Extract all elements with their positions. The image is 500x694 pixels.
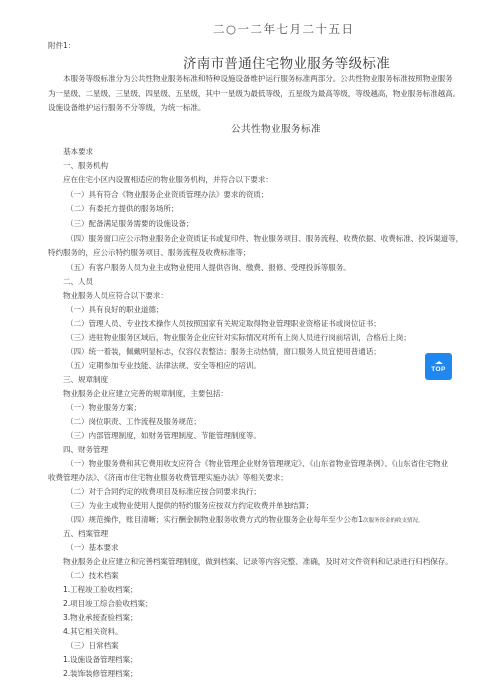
back-to-top-label: TOP bbox=[431, 366, 445, 373]
list-item: 4.其它相关资料。 bbox=[63, 627, 123, 637]
section-heading: 二、人员 bbox=[63, 277, 93, 287]
section-lead: 物业服务企业应建立完善的规章制度，主要包括： bbox=[63, 389, 228, 399]
list-item: （二）管理人员、专业技术操作人员按照国家有关规定取得物业管理职业资格证书或岗位证… bbox=[66, 319, 381, 329]
list-item-continuation: 收费管理办法》、《济南市住宅物业服务收费管理实施办法》等相关要求； bbox=[48, 473, 288, 483]
list-item: （三）内部管理制度，如财务管理制度、节能管理制度等。 bbox=[66, 431, 261, 441]
section-heading: 一、服务机构 bbox=[63, 161, 108, 171]
section-heading: 四、财务管理 bbox=[63, 445, 108, 455]
subsection-heading: （二）技术档案 bbox=[66, 571, 118, 581]
list-item: （四）统一着装，佩戴明显标志，仪容仪表整洁；服务主动热情，窗口服务人员宜使用普通… bbox=[66, 347, 381, 357]
list-item: 1.设施设备管理档案； bbox=[63, 655, 138, 665]
subsection-heading: （一）基本要求 bbox=[66, 543, 118, 553]
list-item: （三）进驻物业服务区域后，物业服务企业应针对实际情况对所有上岗人员进行岗前培训，… bbox=[66, 333, 411, 343]
list-item: 1.工程竣工验收档案； bbox=[63, 585, 138, 595]
arrow-up-icon bbox=[435, 361, 443, 364]
list-item: 2.装饰装修管理档案； bbox=[63, 669, 138, 679]
list-item: （五）定期参加专业技能、法律法规、安全等相应的培训。 bbox=[66, 361, 261, 371]
list-item: （一）具有良好的职业道德； bbox=[66, 305, 163, 315]
section-lead: 应在住宅小区内设置相适应的物业服务机构，并符合以下要求： bbox=[63, 175, 273, 185]
list-item-text: （四）规范操作，账目清晰；实行酬金制物业服务收费方式的物业服务企业每年至少公布1 bbox=[66, 515, 363, 524]
list-item: 2.项目竣工综合验收档案； bbox=[63, 599, 152, 609]
list-item: （二）对于合同约定的收费项目及标准应按合同要求执行； bbox=[66, 487, 261, 497]
list-item: （四）规范操作，账目清晰；实行酬金制物业服务收费方式的物业服务企业每年至少公布1… bbox=[66, 515, 423, 526]
section-heading: 五、档案管理 bbox=[63, 529, 108, 539]
list-item: （一）物业服务费和其它费用收支应符合《物业管理企业财务管理规定》、《山东省物业管… bbox=[66, 459, 448, 469]
list-item: （三）配备满足服务需要的设施设备； bbox=[66, 219, 193, 229]
list-item: （五）有客户服务人员为业主或物业使用人提供咨询、缴费、报修、受理投诉等服务。 bbox=[66, 263, 351, 273]
list-item: （一）具有符合《物业服务企业资质管理办法》要求的资质； bbox=[66, 190, 268, 200]
document-date: 二○一二年七月二十五日 bbox=[213, 24, 355, 34]
section-heading: 三、规章制度 bbox=[63, 375, 108, 385]
subsection-heading: （三）日常档案 bbox=[66, 641, 118, 651]
paragraph: 物业服务企业应建立和完善档案管理制度，做到档案、记录等内容完整、准确，及时对文件… bbox=[63, 557, 453, 567]
intro-line: 为一星级、二星级、三星级、四星级、五星级，其中一星级为最低等级，五星级为最高等级… bbox=[48, 89, 460, 99]
document-title: 济南市普通住宅物业服务等级标准 bbox=[183, 56, 390, 72]
section-lead: 物业服务人员应符合以下要求： bbox=[63, 291, 168, 301]
list-item: 3.物业承接查验档案； bbox=[63, 613, 138, 623]
list-item: （二）有委托方提供的服务场所； bbox=[66, 204, 178, 214]
intro-line: 设施设备维护运行服务不分等级，为统一标准。 bbox=[48, 103, 205, 113]
basic-requirements-heading: 基本要求 bbox=[63, 147, 93, 157]
attachment-label: 附件1： bbox=[48, 41, 75, 51]
back-to-top-button[interactable]: TOP bbox=[425, 353, 452, 380]
intro-line: 本服务等级标准分为公共性物业服务标准和特种设施设备维护运行服务标准两部分。公共性… bbox=[63, 74, 453, 84]
list-item-continuation: 特约服务的，应公示特约服务项目、服务流程及收费标准等； bbox=[48, 248, 250, 258]
list-item: （一）物业服务方案； bbox=[66, 403, 141, 413]
list-item: （二）岗位职责、工作流程及服务规范； bbox=[66, 417, 201, 427]
list-item-small-text: 次服务资金的收支情况。 bbox=[363, 518, 423, 524]
list-item: （四）服务窗口应公示物业服务企业资质证书或复印件、物业服务项目、服务流程、收费依… bbox=[66, 234, 463, 244]
section-title: 公共性物业服务标准 bbox=[231, 124, 321, 136]
document-page: 二○一二年七月二十五日 附件1： 济南市普通住宅物业服务等级标准 本服务等级标准… bbox=[0, 0, 500, 694]
list-item: （三）为业主或物业使用人提供的特约服务应按双方约定收费并单独结算； bbox=[66, 501, 313, 511]
